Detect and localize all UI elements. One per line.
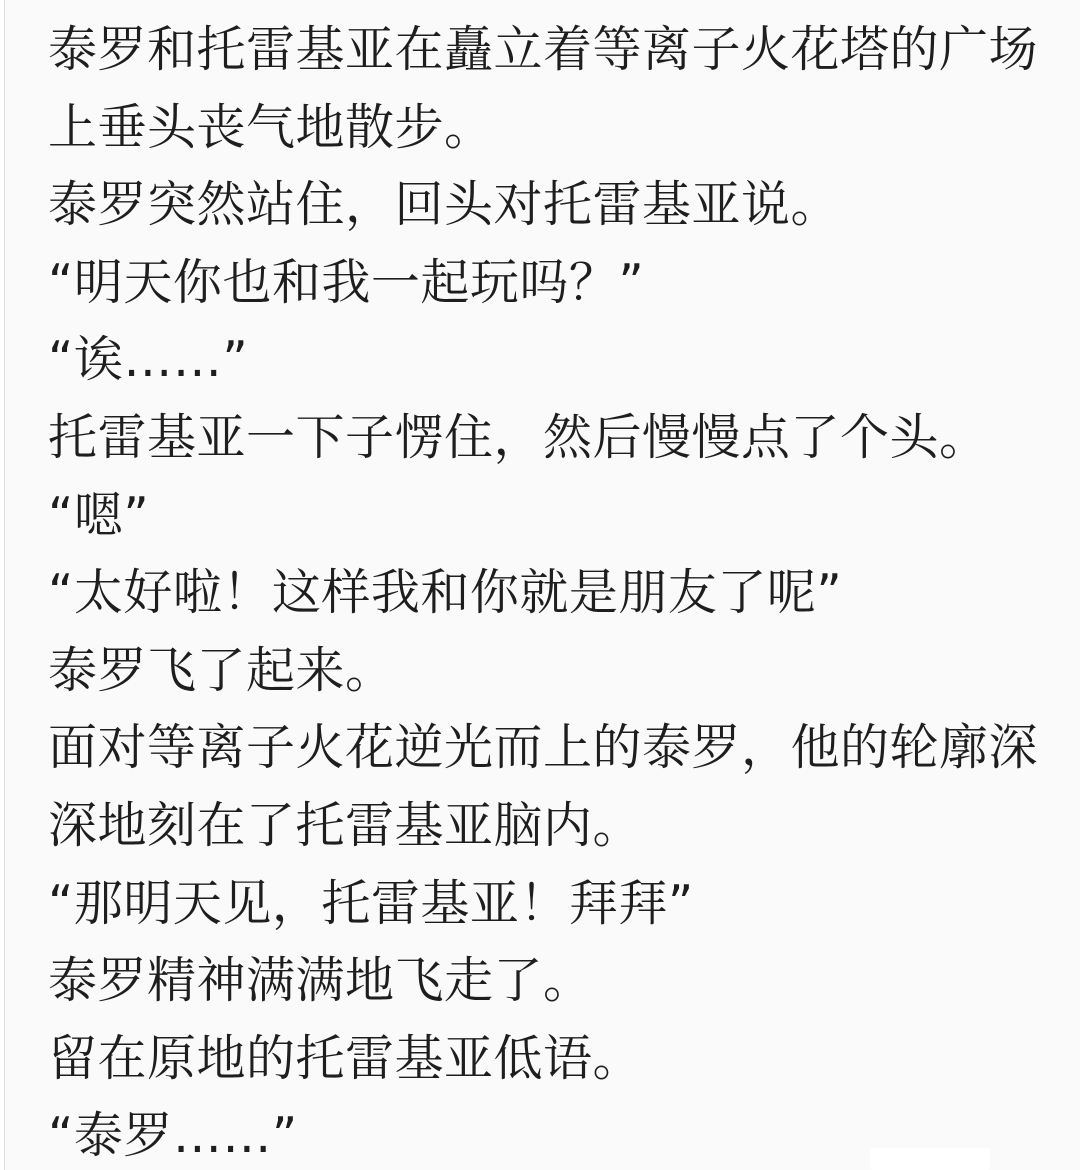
story-line: 留在原地的托雷基亚低语。 xyxy=(48,1020,1044,1098)
story-line: 泰罗飞了起来。 xyxy=(48,632,1044,710)
story-line: 泰罗突然站住，回头对托雷基亚说。 xyxy=(48,166,1044,244)
story-line-dialogue: “那明天见，托雷基亚！拜拜” xyxy=(48,865,1044,943)
story-text-page: 泰罗和托雷基亚在矗立着等离子火花塔的广场上垂头丧气地散步。 泰罗突然站住，回头对… xyxy=(0,0,1080,1170)
story-line: 泰罗和托雷基亚在矗立着等离子火花塔的广场上垂头丧气地散步。 xyxy=(48,11,1044,166)
story-line-dialogue: “嗯” xyxy=(48,477,1044,555)
story-line: 泰罗精神满满地飞走了。 xyxy=(48,942,1044,1020)
story-line-dialogue: “诶……” xyxy=(48,321,1044,399)
story-line-dialogue: “太好啦！这样我和你就是朋友了呢” xyxy=(48,554,1044,632)
story-line: 托雷基亚一下子愣住，然后慢慢点了个头。 xyxy=(48,399,1044,477)
story-line-dialogue: “明天你也和我一起玩吗？” xyxy=(48,244,1044,322)
story-line: 面对等离子火花逆光而上的泰罗，他的轮廓深深地刻在了托雷基亚脑内。 xyxy=(48,709,1044,864)
faint-watermark-remnant xyxy=(870,1148,990,1170)
